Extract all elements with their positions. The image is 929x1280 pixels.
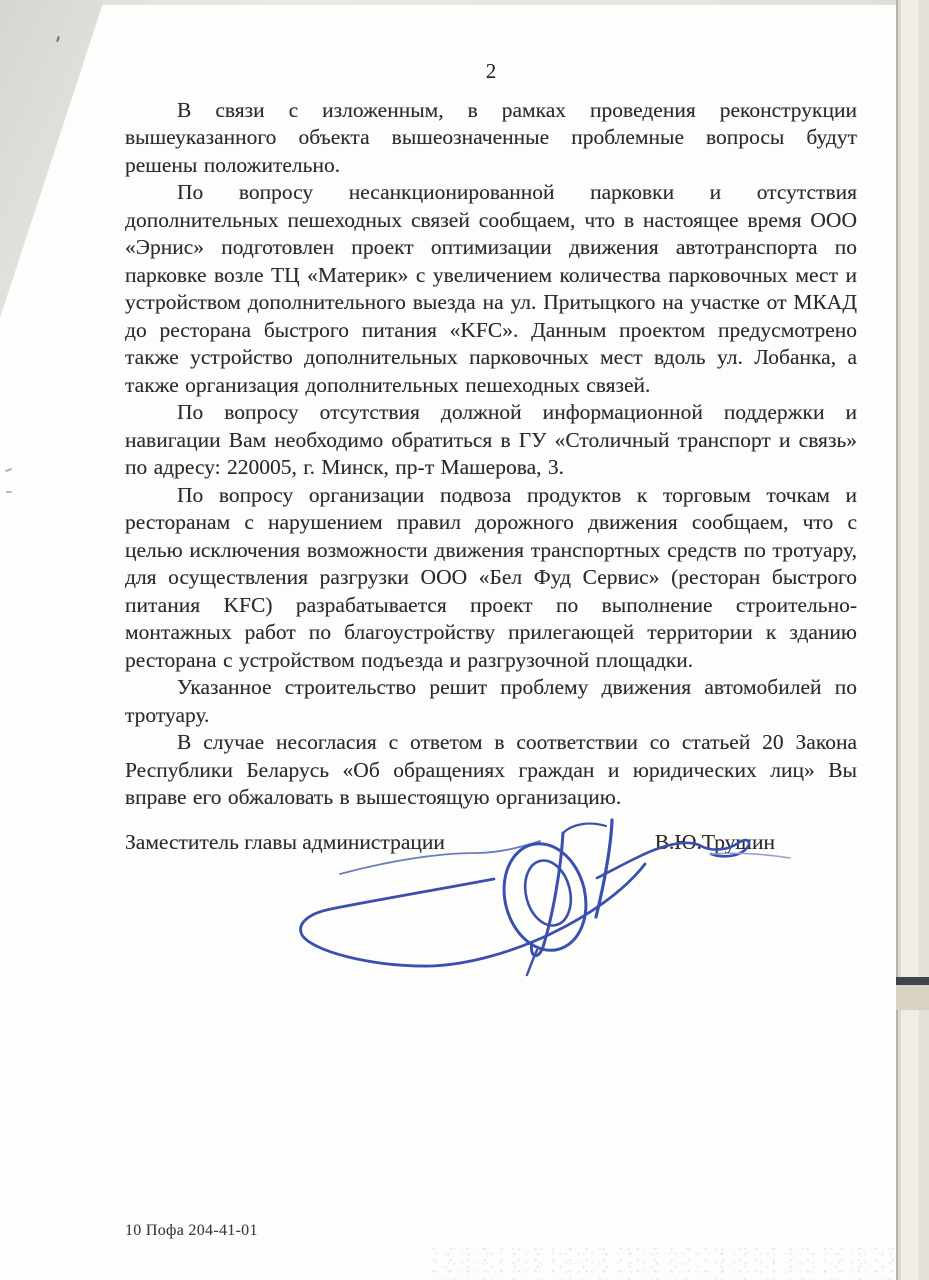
signoff-name: В.Ю.Трушин xyxy=(655,829,775,857)
scan-edge-right-strip xyxy=(896,0,929,1280)
letter-paragraph-2: По вопросу несанкционированной парковки … xyxy=(125,179,857,399)
letter-paragraph-4: По вопросу организации подвоза продуктов… xyxy=(125,482,857,675)
letter-paragraph-1: В связи с изложенным, в рамках проведени… xyxy=(125,97,857,180)
letter-paragraph-5: Указанное строительство решит проблему д… xyxy=(125,674,857,729)
scan-speck xyxy=(5,468,12,472)
scan-corner-fold xyxy=(0,0,104,318)
scan-strip-dark-mark xyxy=(896,977,929,985)
letter-body: 2 В связи с изложенным, в рамках проведе… xyxy=(125,58,857,856)
footer-code: 10 Пофа 204-41-01 xyxy=(125,1222,258,1240)
letter-paragraph-6: В случае несогласия с ответом в соответс… xyxy=(125,729,857,812)
signoff-row: Заместитель главы администрации В.Ю.Труш… xyxy=(125,829,857,857)
scan-speck xyxy=(6,491,12,493)
signoff-title: Заместитель главы администрации xyxy=(125,829,445,857)
scan-strip-tan-band xyxy=(896,985,929,1010)
scan-edge-top xyxy=(0,0,929,5)
page-number: 2 xyxy=(125,58,857,86)
letter-paragraph-3: По вопросу отсутствия должной информацио… xyxy=(125,399,857,482)
scan-noise-band xyxy=(430,1246,896,1280)
